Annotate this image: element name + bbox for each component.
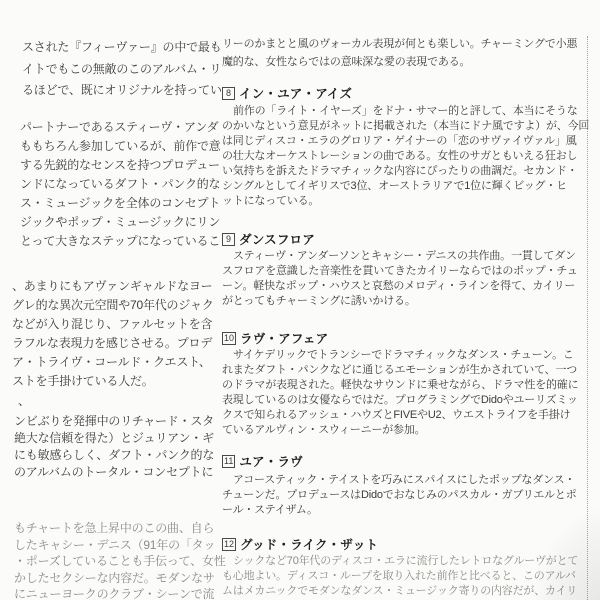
text-line: のドラマが表現された。軽快なサウンドに乗せながら、ドラマ性を的確に bbox=[222, 376, 578, 392]
text-line: ス・ミュージックを全体のコンセプト bbox=[20, 194, 220, 211]
text-line: とって大きなステップになっているこ bbox=[20, 232, 220, 249]
text-line: アコースティック・テイストを巧みにスパイスにしたポップなダンス・ bbox=[233, 471, 575, 487]
text-line: のアルバムのトータル・コンセプトに bbox=[14, 463, 213, 480]
right-column: リーのかまとと風のヴォーカル表現が何とも楽しい。チャーミングで小悪魔的な、女性な… bbox=[222, 0, 588, 600]
text-line: ラフルな表現力を感じさせる。プロデ bbox=[12, 334, 212, 351]
liner-notes-page: スされた『フィーヴァー』の中で最もイトでもこの無敵のこのアルバム・リるほどで、既… bbox=[0, 0, 600, 600]
track-heading: 9ダンスフロア bbox=[222, 230, 315, 248]
text-line: ア・トライヴ・コールド・クエスト、 bbox=[12, 353, 211, 370]
text-line: ・ポーズしていることも手伝って、女性 bbox=[14, 552, 226, 569]
track-number-badge: 12 bbox=[222, 538, 236, 551]
left-column: スされた『フィーヴァー』の中で最もイトでもこの無敵のこのアルバム・リるほどで、既… bbox=[8, 0, 218, 600]
text-line: する先鋭的なセンスを持つプロデュー bbox=[20, 156, 220, 173]
track-title: グッド・ライク・ザット bbox=[240, 535, 378, 553]
text-line: ーン。軽快なポップ・ハウスと哀愁のメロディ・ラインを得て、カイリー bbox=[222, 277, 575, 293]
text-line: リーのかまとと風のヴォーカル表現が何とも楽しい。チャーミングで小悪 bbox=[222, 35, 577, 51]
text-line: チューンだ。プロデュースはDidoでおなじみのパスカル・ガブリエルとポ bbox=[222, 486, 577, 502]
text-line: クスで知られるアッシュ・ハウズとFIVEやU2、ウエストライフを手掛け bbox=[222, 406, 570, 422]
text-line: シングルとしてイギリスで3位、オーストラリアで1位に輝くビッグ・ヒ bbox=[222, 177, 567, 193]
track-number-badge: 11 bbox=[222, 455, 235, 468]
track-heading: 10ラヴ・アフェア bbox=[222, 329, 328, 347]
page-edge-dotted-rule bbox=[587, 36, 588, 600]
text-line: るほどで、既にオリジナルを持ってい bbox=[22, 81, 222, 98]
track-title: イン・ユア・アイズ bbox=[239, 84, 352, 102]
track-number-badge: 8 bbox=[222, 87, 235, 100]
track-heading: 8イン・ユア・アイズ bbox=[222, 84, 352, 102]
text-line: ももちろん参加しているが、前作で意 bbox=[20, 137, 221, 154]
text-line: 魔的な、女性ならではの意味深な愛の表現である。 bbox=[222, 53, 470, 69]
text-line: スティーヴ・アンダーソンとキャシー・デニスの共作曲。一貫してダン bbox=[233, 247, 576, 263]
text-line: い気持ちを訴えたドラマチィックな内容にぴったりの曲調だ。セカンド・ bbox=[222, 162, 578, 178]
text-line: グレ的な異次元空間や70年代のジャク bbox=[12, 296, 214, 313]
text-line: ムはメカニックでモダンなダンス・ミュージック寄りの内容だが、カイリ bbox=[222, 582, 577, 598]
text-line: 、あまりにもアヴァンギャルドなヨー bbox=[12, 277, 212, 294]
text-line: スされた『フィーヴァー』の中で最も bbox=[22, 38, 222, 55]
text-line: サイケデリックでトランシーでドラマチィックなダンス・チューン。こ bbox=[233, 346, 574, 362]
text-line: も心地よい。ディスコ・ループを取り入れた前作と比べると、このアルバ bbox=[222, 567, 576, 583]
track-title: ラヴ・アフェア bbox=[240, 329, 328, 347]
track-number-badge: 10 bbox=[222, 332, 236, 345]
text-line: ンドになっているダフト・パンク的な bbox=[20, 175, 220, 192]
text-line: かしたセクシーな内容だ。モダンなサ bbox=[14, 569, 215, 586]
text-line: ストを手掛けている人だ。 bbox=[12, 372, 154, 389]
text-line: にも敏感らしく、ダフト・パンク的な bbox=[14, 446, 214, 463]
text-line: の壮大なオーケストレーションの曲である。女性のサガともいえる狂おし bbox=[222, 147, 577, 163]
text-line: 、 bbox=[18, 392, 30, 409]
track-number-badge: 9 bbox=[222, 233, 235, 246]
text-line: シックなど70年代のディスコ・エラに流行したレトロなグルーヴがとて bbox=[233, 552, 578, 568]
text-line: などが入り混じり、ファルセットを含 bbox=[12, 315, 212, 332]
text-line: は同じディスコ・エラのグロリア・ゲイナーの「恋のサヴァイヴァル」風 bbox=[222, 132, 577, 148]
text-line: ール・ステイザム。 bbox=[222, 501, 318, 517]
text-line: にニューヨークのクラブ・シーンで流 bbox=[14, 585, 214, 600]
track-heading: 12グッド・ライク・ザット bbox=[222, 535, 378, 553]
text-line: ンビぶりを発揮中のリチャード・スタ bbox=[14, 412, 214, 429]
track-heading: 11ユア・ラヴ bbox=[222, 452, 303, 470]
text-line: 絶大な信頼を得た）とジュリアン・ギ bbox=[14, 429, 214, 446]
text-line: したキャシー・デニス（91年の「タッ bbox=[14, 536, 215, 553]
text-line: 前作の「ライト・イヤーズ」をドナ・サマー的と評して、本当にそうな bbox=[233, 102, 578, 118]
text-line: がとってもチャーミングに誘いかける。 bbox=[222, 292, 416, 308]
text-line: ジックやポップ・ミュージックにリン bbox=[20, 213, 220, 230]
track-title: ユア・ラヴ bbox=[239, 452, 303, 470]
text-line: イトでもこの無敵のこのアルバム・リ bbox=[22, 60, 221, 77]
text-line: れまたダフト・パンクなどに通じるエモーションが生かされていて、一つ bbox=[222, 361, 577, 377]
text-line: ているアルヴィン・スウィーニーが参加。 bbox=[222, 421, 425, 437]
text-line: パートナーであるスティーヴ・アンダ bbox=[20, 118, 218, 135]
text-line: 表現しているのは女優ならではだ。プログラミングでDidoやユーリズミッ bbox=[222, 391, 578, 407]
text-line: もチャートを急上昇中のこの曲、自ら bbox=[14, 519, 214, 536]
track-title: ダンスフロア bbox=[239, 230, 315, 248]
text-line: スフロアを意識した音楽性を貫いてきたカイリーならではのポップ・チュ bbox=[222, 262, 578, 278]
text-line: ットになっている。 bbox=[222, 192, 319, 208]
text-line: のかいなという意見がネットに掲載された（本当にドナ風ですよ）が、今回 bbox=[222, 117, 589, 133]
